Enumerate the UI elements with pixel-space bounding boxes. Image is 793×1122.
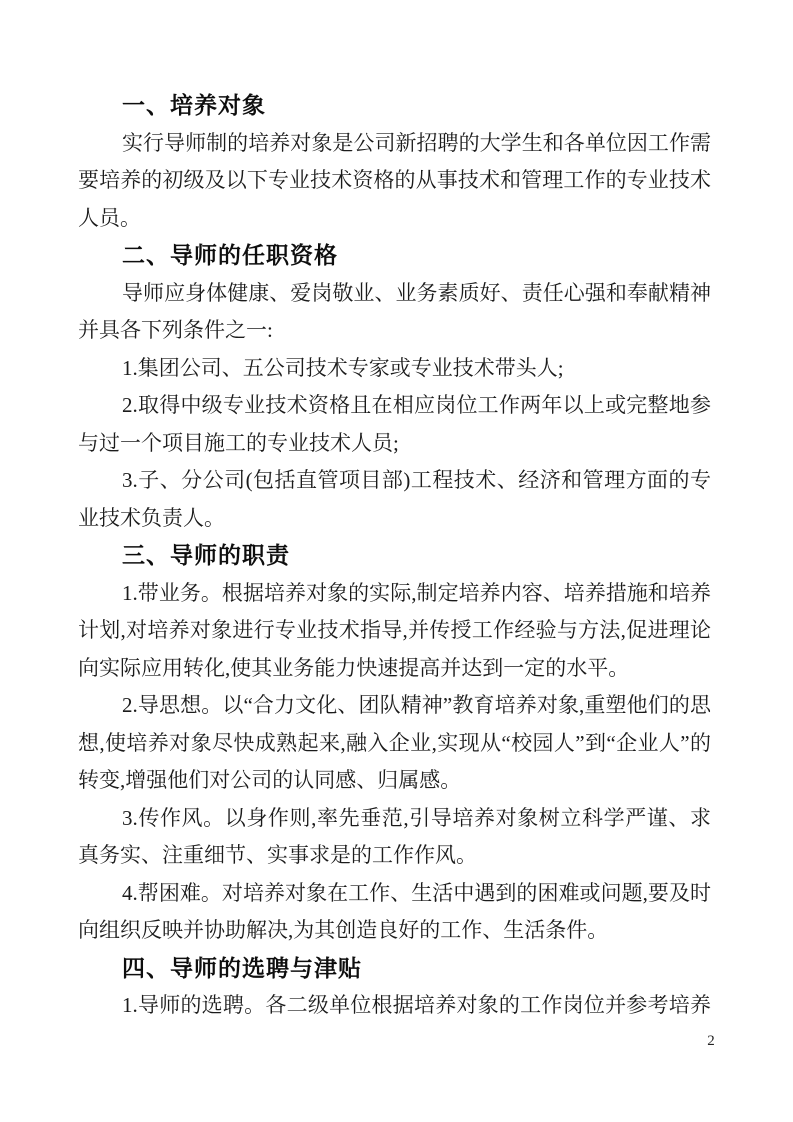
page-number: 2 — [698, 1030, 724, 1052]
document-page: 一、培养对象 实行导师制的培养对象是公司新招聘的大学生和各单位因工作需要培养的初… — [0, 0, 793, 1122]
paragraph-qualification-item-2: 2.取得中级专业技术资格且在相应岗位工作两年以上或完整地参与过一个项目施工的专业… — [78, 387, 711, 462]
paragraph-duty-item-1: 1.带业务。根据培养对象的实际,制定培养内容、培养措施和培养计划,对培养对象进行… — [78, 575, 711, 688]
heading-mentor-duties: 三、导师的职责 — [78, 537, 711, 575]
paragraph-selection-item-1: 1.导师的选聘。各二级单位根据培养对象的工作岗位并参考培养 — [78, 987, 711, 1025]
paragraph-duty-item-4: 4.帮困难。对培养对象在工作、生活中遇到的困难或问题,要及时向组织反映并协助解决… — [78, 875, 711, 950]
paragraph-qualification-intro: 导师应身体健康、爱岗敬业、业务素质好、责任心强和奉献精神并具各下列条件之一: — [78, 275, 711, 350]
paragraph-qualification-item-3: 3.子、分公司(包括直管项目部)工程技术、经济和管理方面的专业技术负责人。 — [78, 462, 711, 537]
paragraph-qualification-item-1: 1.集团公司、五公司技术专家或专业技术带头人; — [78, 350, 711, 388]
heading-training-targets: 一、培养对象 — [78, 87, 711, 125]
heading-mentor-qualifications: 二、导师的任职资格 — [78, 237, 711, 275]
paragraph-duty-item-2: 2.导思想。以“合力文化、团队精神”教育培养对象,重塑他们的思想,使培养对象尽快… — [78, 687, 711, 800]
heading-mentor-selection-allowance: 四、导师的选聘与津贴 — [78, 950, 711, 988]
paragraph-duty-item-3: 3.传作风。以身作则,率先垂范,引导培养对象树立科学严谨、求真务实、注重细节、实… — [78, 800, 711, 875]
paragraph-training-targets: 实行导师制的培养对象是公司新招聘的大学生和各单位因工作需要培养的初级及以下专业技… — [78, 125, 711, 238]
document-body: 一、培养对象 实行导师制的培养对象是公司新招聘的大学生和各单位因工作需要培养的初… — [78, 87, 711, 1025]
